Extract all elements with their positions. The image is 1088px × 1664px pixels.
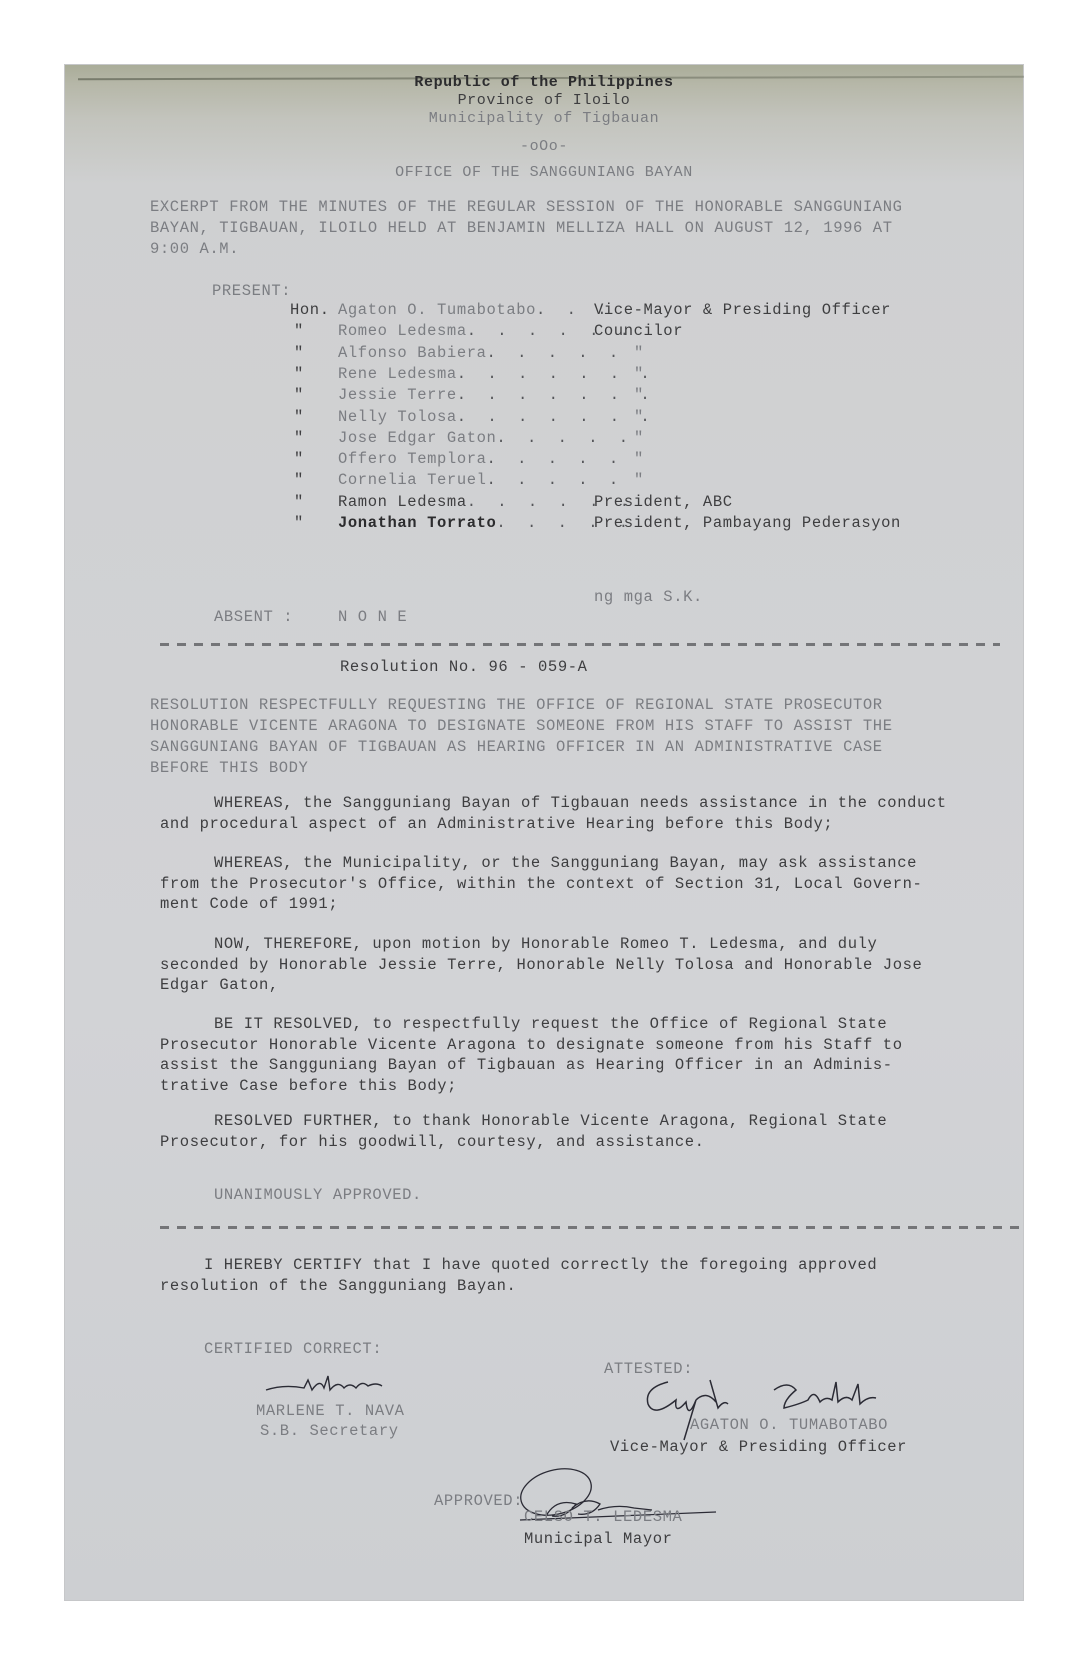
paragraph-3-line-1: NOW, THEREFORE, upon motion by Honorable… [214, 935, 877, 953]
member-prefix: " [294, 322, 304, 340]
member-prefix: " [294, 514, 304, 532]
paragraph-4-line-4: trative Case before this Body; [160, 1077, 457, 1095]
member-name: Agaton O. Tumabotabo [338, 301, 536, 319]
member-position: " [634, 471, 644, 489]
paragraph-5-line-2: Prosecutor, for his goodwill, courtesy, … [160, 1133, 705, 1151]
position-continuation: ng mga S.K. [594, 588, 703, 606]
leader-dots: . . . . . . . [457, 408, 656, 426]
vote-result: UNANIMOUSLY APPROVED. [214, 1186, 422, 1204]
member-name: Ramon Ledesma [338, 493, 467, 511]
member-name: Rene Ledesma [338, 365, 457, 383]
leader-dots: . . . . . [487, 471, 625, 489]
member-position: " [634, 344, 644, 362]
secretary-name: MARLENE T. NAVA [256, 1402, 405, 1420]
member-prefix: Hon. [290, 301, 330, 319]
present-label: PRESENT: [212, 282, 291, 300]
absent-value: N O N E [338, 608, 407, 626]
member-prefix: " [294, 493, 304, 511]
leader-dots: . . . . . [496, 429, 634, 447]
paragraph-2-line-3: ment Code of 1991; [160, 895, 338, 913]
member-name: Nelly Tolosa [338, 408, 457, 426]
member-position: Councilor [594, 322, 683, 340]
secretary-title: S.B. Secretary [260, 1422, 399, 1440]
paragraph-1-line-2: and procedural aspect of an Administrati… [160, 815, 833, 833]
leader-dots: . . . . . [487, 450, 625, 468]
member-position: Vice-Mayor & Presiding Officer [594, 301, 891, 319]
resolution-title-line-4: BEFORE THIS BODY [150, 759, 308, 777]
member-name: Jonathan Torrato [338, 514, 496, 532]
resolution-number: Resolution No. 96 - 059-A [340, 658, 588, 676]
member-name: Cornelia Teruel [338, 471, 487, 489]
excerpt-line-3: 9:00 A.M. [150, 240, 239, 258]
vice-mayor-name: AGATON O. TUMABOTABO [690, 1416, 888, 1434]
leader-dots: . . . . . . . [457, 365, 656, 383]
document-page: Republic of the Philippines Province of … [64, 64, 1024, 1601]
paragraph-5-line-1: RESOLVED FURTHER, to thank Honorable Vic… [214, 1112, 887, 1130]
approved-label: APPROVED: [434, 1492, 523, 1510]
member-position: " [634, 386, 644, 404]
header-line-republic: Republic of the Philippines [64, 74, 1024, 92]
certified-correct-label: CERTIFIED CORRECT: [204, 1340, 382, 1358]
resolution-title-line-2: HONORABLE VICENTE ARAGONA TO DESIGNATE S… [150, 717, 893, 735]
resolution-title-line-3: SANGGUNIANG BAYAN OF TIGBAUAN AS HEARING… [150, 738, 883, 756]
leader-dots: . . . . . . . [457, 386, 656, 404]
paragraph-4-line-2: Prosecutor Honorable Vicente Aragona to … [160, 1036, 903, 1054]
divider-dashed-top [160, 643, 1000, 646]
member-name: Offero Templora [338, 450, 487, 468]
paragraph-4-line-1: BE IT RESOLVED, to respectfully request … [214, 1015, 887, 1033]
member-prefix: " [294, 408, 304, 426]
divider-dashed-bottom [160, 1226, 1020, 1229]
paragraph-3-line-2: seconded by Honorable Jessie Terre, Hono… [160, 956, 922, 974]
member-position: " [634, 408, 644, 426]
member-prefix: " [294, 450, 304, 468]
absent-label: ABSENT : [214, 608, 293, 626]
mayor-title: Municipal Mayor [524, 1530, 673, 1548]
leader-dots: . . . . . [487, 344, 625, 362]
member-name: Romeo Ledesma [338, 322, 467, 340]
paragraph-1-line-1: WHEREAS, the Sangguniang Bayan of Tigbau… [214, 794, 947, 812]
mayor-signature [516, 1464, 726, 1539]
member-position: " [634, 450, 644, 468]
member-position: President, Pambayang Pederasyon [594, 514, 901, 532]
vice-mayor-title: Vice-Mayor & Presiding Officer [610, 1438, 907, 1456]
paragraph-3-line-3: Edgar Gaton, [160, 976, 279, 994]
member-position: " [634, 429, 644, 447]
paragraph-2-line-2: from the Prosecutor's Office, within the… [160, 875, 922, 893]
member-position: President, ABC [594, 493, 733, 511]
member-prefix: " [294, 429, 304, 447]
header-line-province: Province of Iloilo [64, 92, 1024, 110]
certification-line-2: resolution of the Sangguniang Bayan. [160, 1277, 516, 1295]
paragraph-2-line-1: WHEREAS, the Municipality, or the Sanggu… [214, 854, 917, 872]
certification-line-1: I HEREBY CERTIFY that I have quoted corr… [204, 1256, 877, 1274]
member-prefix: " [294, 471, 304, 489]
excerpt-line-2: BAYAN, TIGBAUAN, ILOILO HELD AT BENJAMIN… [150, 219, 893, 237]
member-name: Jessie Terre [338, 386, 457, 404]
member-prefix: " [294, 365, 304, 383]
header-ornament: -oOo- [64, 138, 1024, 156]
member-prefix: " [294, 344, 304, 362]
member-prefix: " [294, 386, 304, 404]
office-title: OFFICE OF THE SANGGUNIANG BAYAN [64, 164, 1024, 182]
paragraph-4-line-3: assist the Sangguniang Bayan of Tigbauan… [160, 1056, 893, 1074]
member-position: " [634, 365, 644, 383]
header-line-municipality: Municipality of Tigbauan [64, 110, 1024, 128]
mayor-name: CELSO T. LEDESMA [524, 1508, 682, 1526]
resolution-title-line-1: RESOLUTION RESPECTFULLY REQUESTING THE O… [150, 696, 883, 714]
member-name: Jose Edgar Gaton [338, 429, 496, 447]
member-name: Alfonso Babiera [338, 344, 487, 362]
secretary-signature [264, 1370, 414, 1405]
excerpt-line-1: EXCERPT FROM THE MINUTES OF THE REGULAR … [150, 198, 903, 216]
